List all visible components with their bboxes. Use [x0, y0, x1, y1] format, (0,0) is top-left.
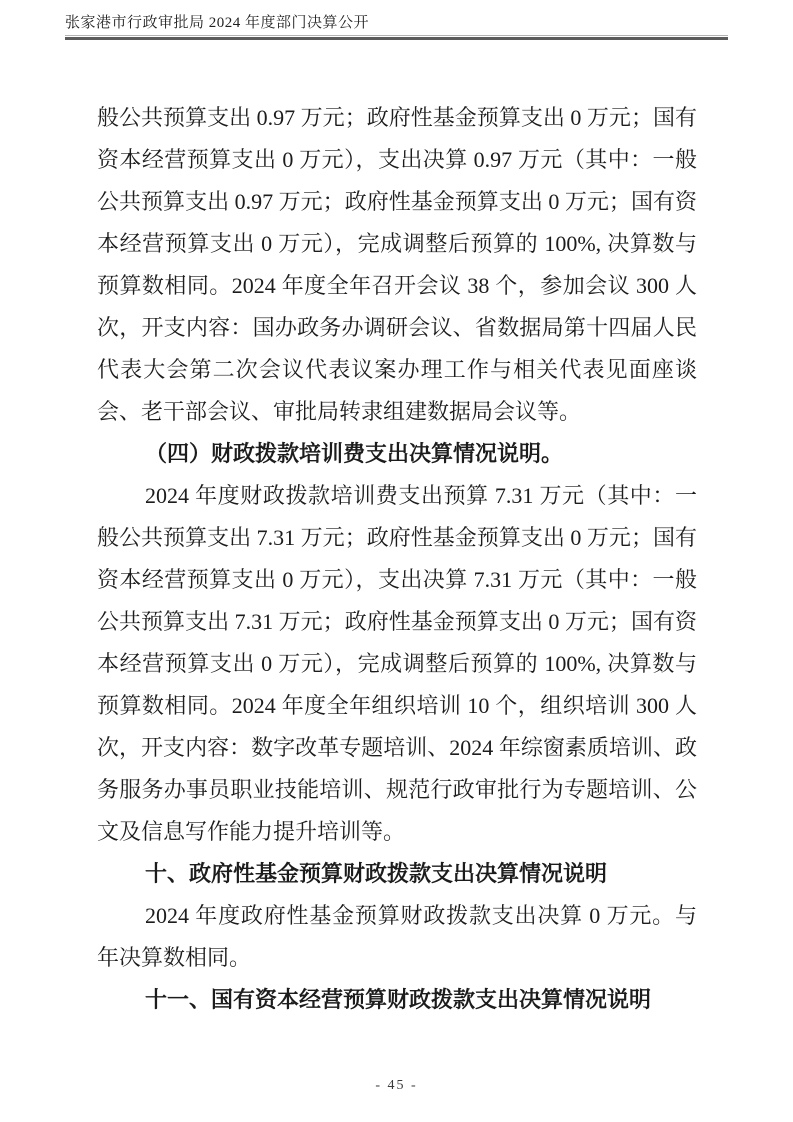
text-line: 次，开支内容：国办政务办调研会议、省数据局第十四届人民: [97, 307, 697, 349]
text-line: 预算数相同。2024 年度全年组织培训 10 个，组织培训 300 人: [97, 685, 697, 727]
text-line: 文及信息写作能力提升培训等。: [97, 811, 697, 853]
page-header: 张家港市行政审批局 2024 年度部门决算公开: [65, 11, 728, 40]
text-line: 资本经营预算支出 0 万元），支出决算 0.97 万元（其中：一般: [97, 139, 697, 181]
text-line: 2024 年度政府性基金预算财政拨款支出决算 0 万元。与上: [97, 895, 697, 937]
text-line: 年决算数相同。: [97, 937, 697, 979]
document-body: 般公共预算支出 0.97 万元；政府性基金预算支出 0 万元；国有 资本经营预算…: [97, 97, 697, 1021]
header-rule-thick: [65, 37, 728, 40]
text-line: 公共预算支出 0.97 万元；政府性基金预算支出 0 万元；国有资: [97, 181, 697, 223]
text-line: 次，开支内容：数字改革专题培训、2024 年综窗素质培训、政: [97, 727, 697, 769]
text-line: 资本经营预算支出 0 万元），支出决算 7.31 万元（其中：一般: [97, 559, 697, 601]
text-line: 本经营预算支出 0 万元），完成调整后预算的 100%, 决算数与: [97, 223, 697, 265]
header-rule-thin: [65, 35, 728, 36]
section-heading-state-capital-budget: 十一、国有资本经营预算财政拨款支出决算情况说明: [97, 979, 697, 1021]
header-title: 张家港市行政审批局 2024 年度部门决算公开: [65, 11, 728, 32]
text-line: 般公共预算支出 7.31 万元；政府性基金预算支出 0 万元；国有: [97, 517, 697, 559]
text-line: 般公共预算支出 0.97 万元；政府性基金预算支出 0 万元；国有: [97, 97, 697, 139]
text-line: 本经营预算支出 0 万元），完成调整后预算的 100%, 决算数与: [97, 643, 697, 685]
section-heading-training-fee: （四）财政拨款培训费支出决算情况说明。: [97, 433, 697, 475]
text-line: 会、老干部会议、审批局转隶组建数据局会议等。: [97, 391, 697, 433]
text-line: 2024 年度财政拨款培训费支出预算 7.31 万元（其中：一: [97, 475, 697, 517]
text-line: 公共预算支出 7.31 万元；政府性基金预算支出 0 万元；国有资: [97, 601, 697, 643]
page-footer: - 45 -: [0, 1078, 793, 1094]
text-line: 代表大会第二次会议代表议案办理工作与相关代表见面座谈: [97, 349, 697, 391]
text-line: 务服务办事员职业技能培训、规范行政审批行为专题培训、公: [97, 769, 697, 811]
section-heading-gov-fund-budget: 十、政府性基金预算财政拨款支出决算情况说明: [97, 853, 697, 895]
page-number: - 45 -: [375, 1078, 417, 1093]
document-page: 张家港市行政审批局 2024 年度部门决算公开 般公共预算支出 0.97 万元；…: [0, 0, 793, 1122]
text-line: 预算数相同。2024 年度全年召开会议 38 个，参加会议 300 人: [97, 265, 697, 307]
